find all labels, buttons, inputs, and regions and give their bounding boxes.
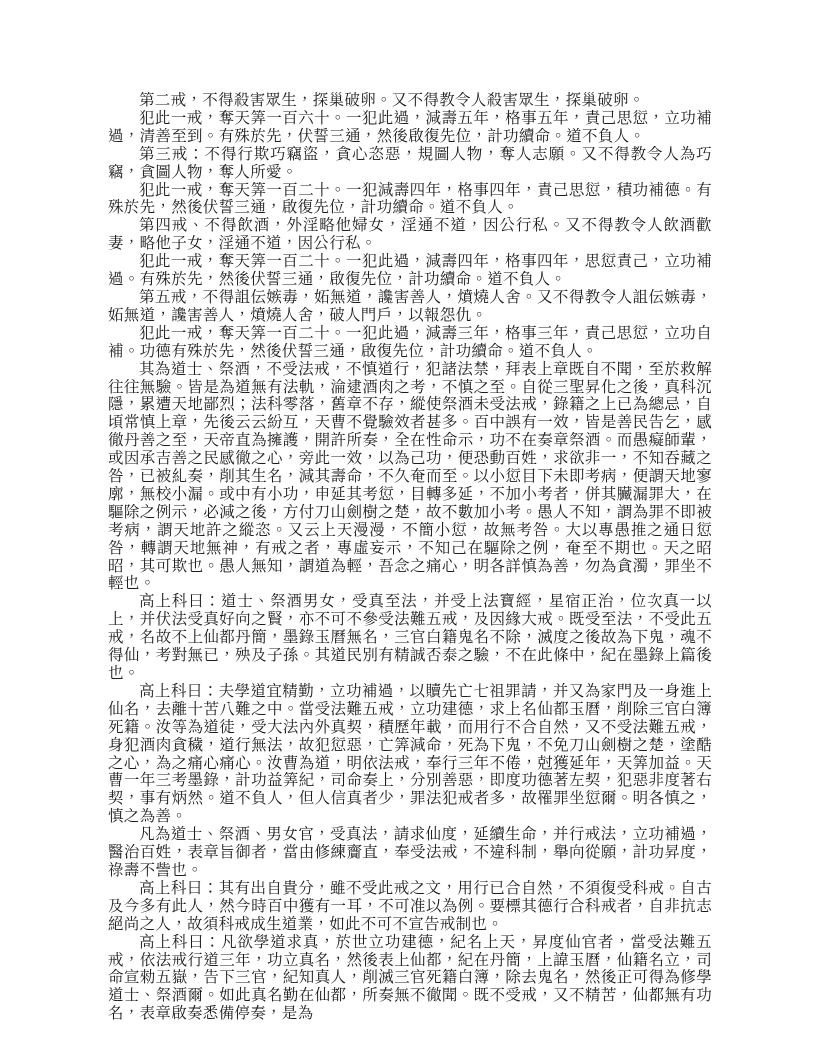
text-column: 第二戒，不得殺害眾生，探巢破卵。又不得教令人殺害眾生，探巢破卵。 犯此一戒，奪天… [108, 92, 712, 1023]
paragraph-gaoshangke-1: 高上科曰：道士、祭酒男女，受真至法，并受上法寶經，星宿正治，位次真一以上，并伏法… [108, 593, 712, 683]
paragraph-penalty-2: 犯此一戒，奪天筭一百六十。一犯此過，減壽五年，格事五年，責己思愆，立功補過，清善… [108, 110, 712, 146]
paragraph-precept-2: 第二戒，不得殺害眾生，探巢破卵。又不得教令人殺害眾生，探巢破卵。 [108, 92, 712, 110]
paragraph-precept-3: 第三戒：不得行欺巧竊盜，貪心恣惡，規圖人物，奪人志願。又不得教令人為巧竊，貪圖人… [108, 146, 712, 182]
paragraph-gaoshangke-2: 高上科曰：夫學道宜精勤，立功補過，以贖先亡七祖罪請，并又為家門及一身進上仙名，去… [108, 683, 712, 826]
paragraph-gaoshangke-3: 高上科曰：其有出自貴分，雖不受此戒之文，用行已合自然，不須復受科戒。自古及今多有… [108, 880, 712, 934]
paragraph-gaoshangke-4: 高上科曰：凡欲學道求真，於世立功建德，紀名上天，昇度仙官者，當受法難五戒，依法戒… [108, 934, 712, 1024]
paragraph-precept-5: 第五戒，不得詛伝嫉毒，妬無道，讒害善人，燌燒人舍。又不得教令人詛伝嫉毒，妬無道，… [108, 289, 712, 325]
paragraph-discourse: 其為道士、祭酒，不受法戒，不慎道行，犯諸法禁，拜表上章既自不聞，至於救解往往無驗… [108, 361, 712, 594]
paragraph-penalty-5: 犯此一戒，奪天筭一百二十。一犯此過，減壽三年，格事三年，責己思愆，立功自補。功德… [108, 325, 712, 361]
document-page: 第二戒，不得殺害眾生，探巢破卵。又不得教令人殺害眾生，探巢破卵。 犯此一戒，奪天… [0, 0, 816, 1056]
paragraph-penalty-4: 犯此一戒，奪天筭一百二十。一犯此過，減壽四年，格事四年，思愆責己，立功補過。有殊… [108, 253, 712, 289]
paragraph-precept-4: 第四戒、不得飲酒，外淫略他婦女，淫通不道，因公行私。又不得教令人飲酒歡妻，略他子… [108, 217, 712, 253]
paragraph-penalty-3: 犯此一戒，奪天筭一百二十。一犯減壽四年，格事四年，責己思愆，積功補德。有殊於先，… [108, 182, 712, 218]
paragraph-daoshi-rules: 凡為道士、祭酒、男女官，受真法，請求仙度，延續生命，并行戒法，立功補過，醫治百姓… [108, 826, 712, 880]
